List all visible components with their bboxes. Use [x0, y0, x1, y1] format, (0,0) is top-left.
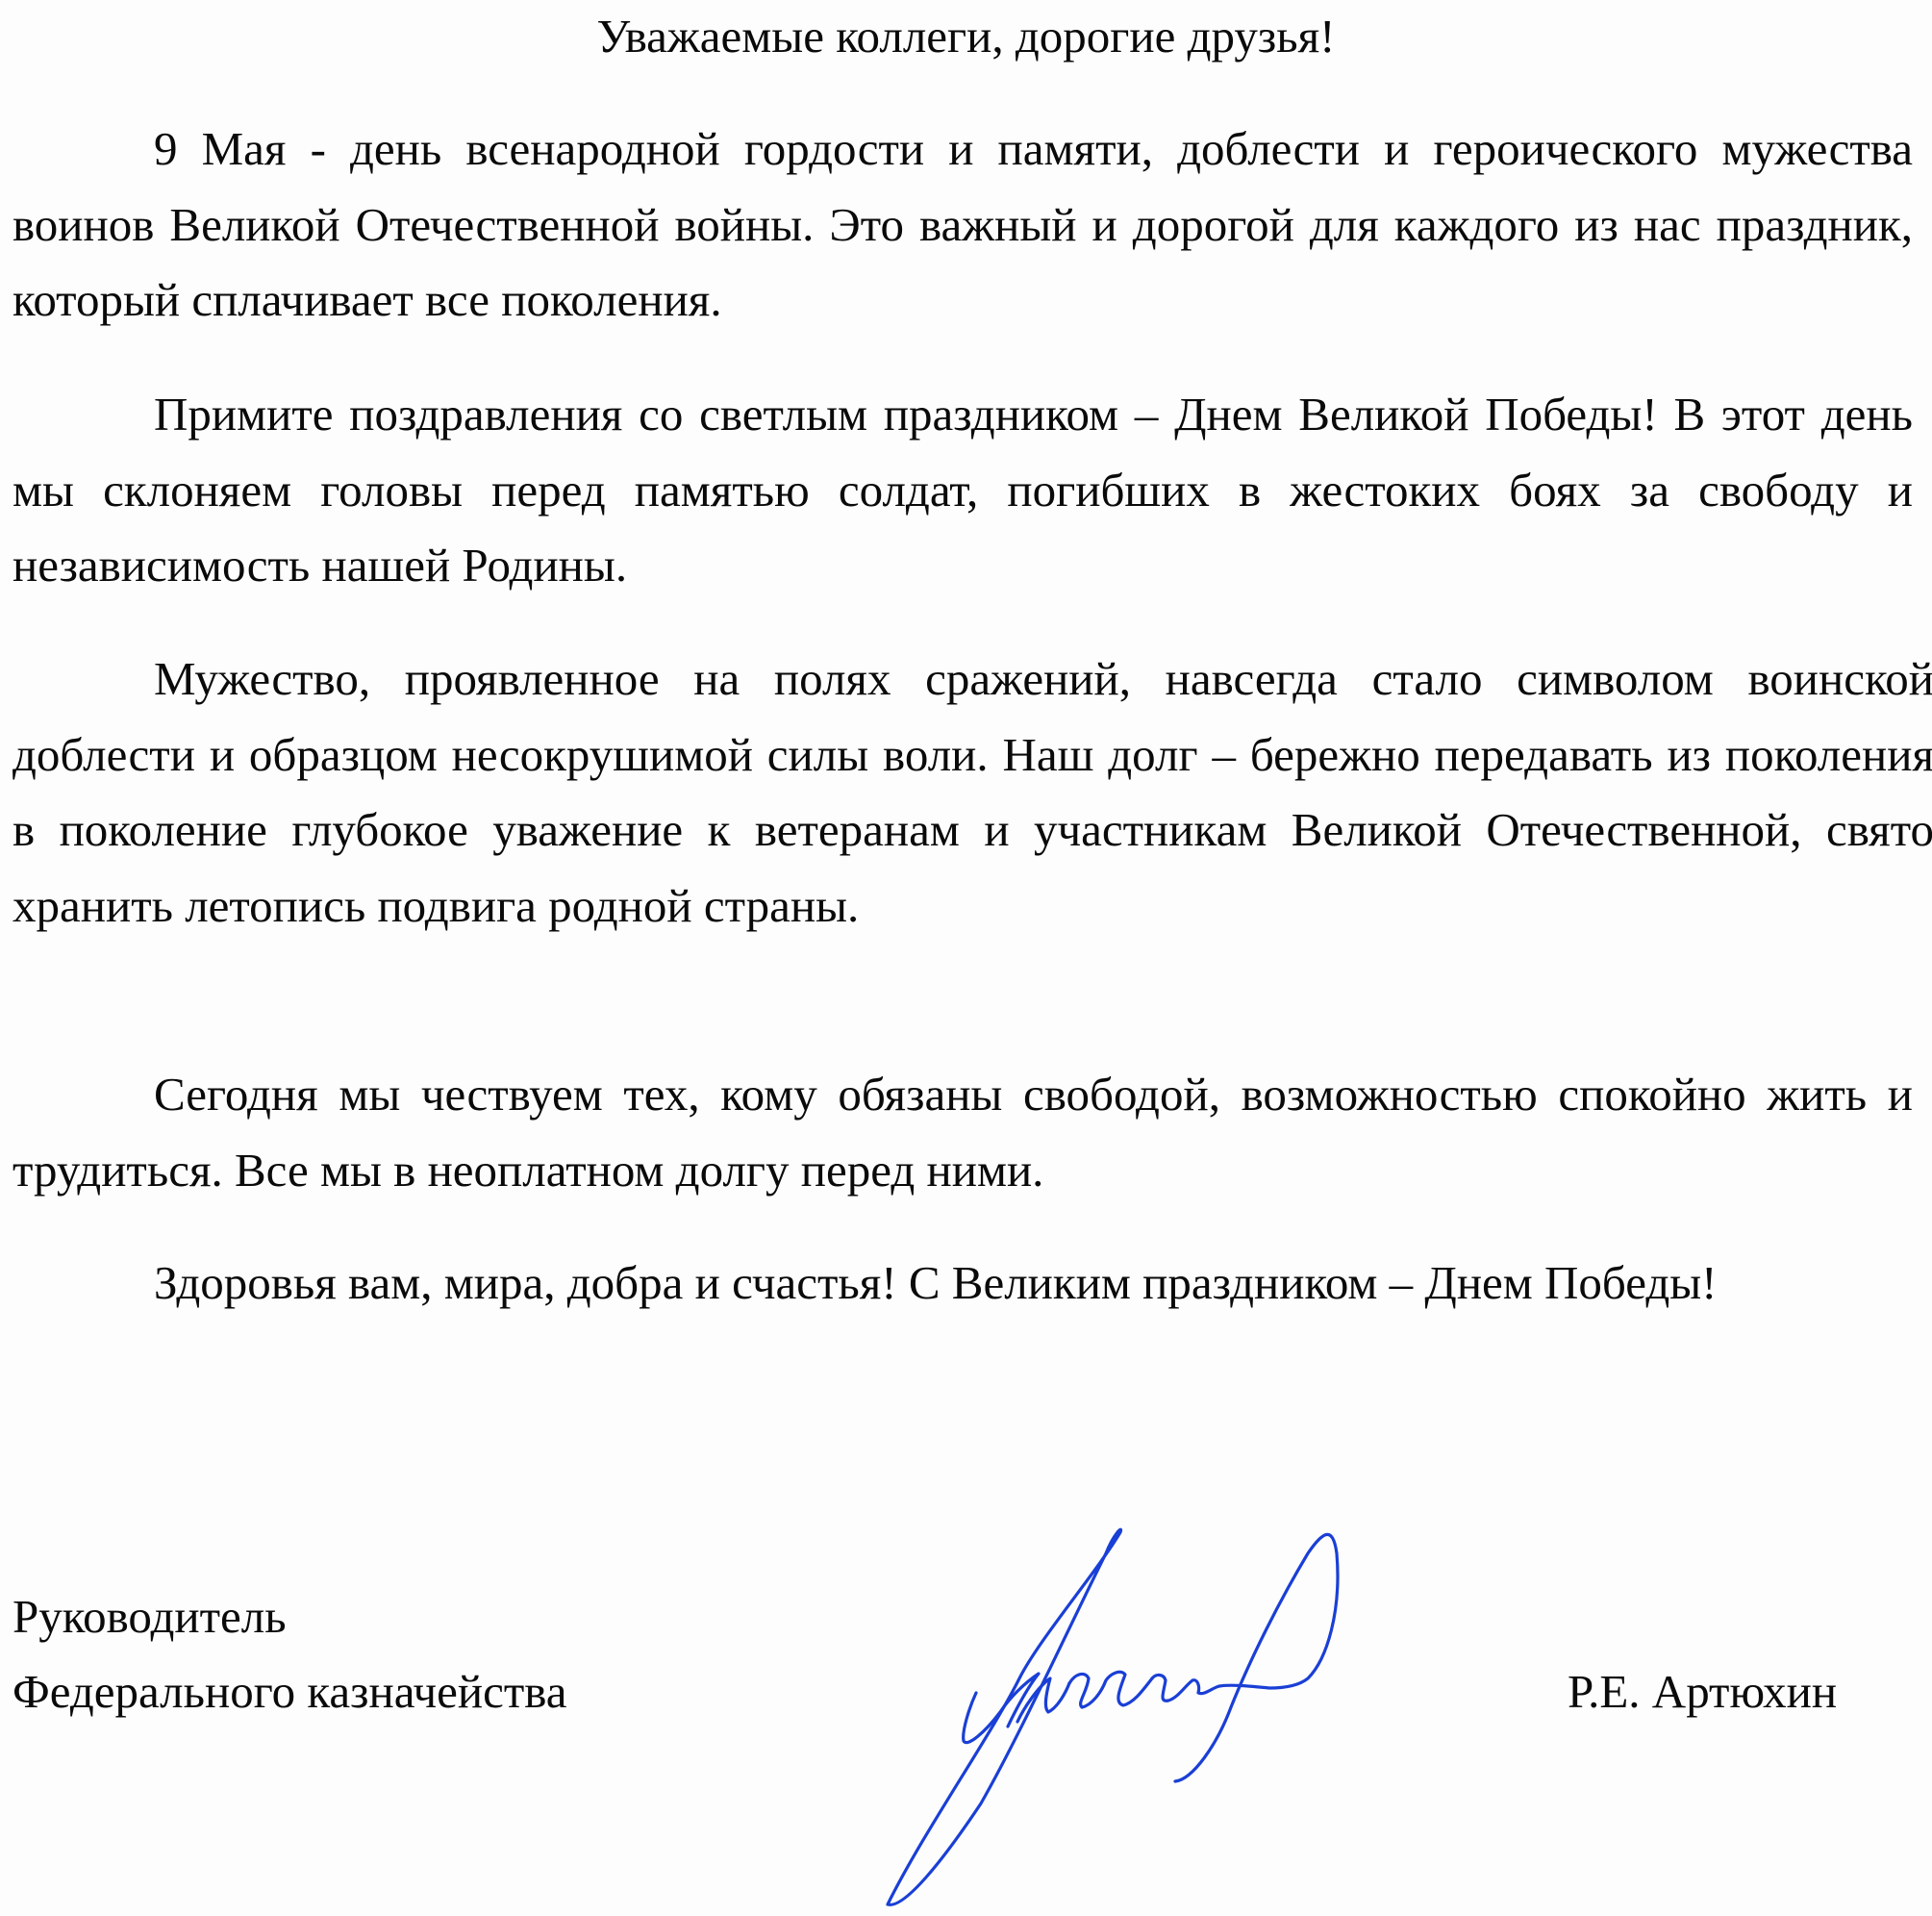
paragraph-honor: Сегодня мы чествуем тех, кому обязаны св…	[13, 1057, 1913, 1208]
paragraph-wishes: Здоровья вам, мира, добра и счастья! С В…	[13, 1246, 1913, 1322]
signer-position: Руководитель Федерального казначейства	[13, 1579, 567, 1729]
position-organization: Федерального казначейства	[13, 1654, 567, 1729]
handwritten-signature-icon	[846, 1515, 1385, 1909]
paragraph-congratulations: Примите поздравления со светлым праздник…	[13, 377, 1913, 604]
paragraph-victory-day: 9 Мая - день всенародной гордости и памя…	[13, 112, 1913, 339]
signer-name: Р.Е. Артюхин	[1568, 1654, 1837, 1729]
paragraph-courage: Мужество, проявленное на полях сражений,…	[13, 642, 1932, 944]
letter-page: Уважаемые коллеги, дорогие друзья! 9 Мая…	[0, 0, 1932, 1916]
position-title: Руководитель	[13, 1579, 567, 1654]
letter-greeting: Уважаемые коллеги, дорогие друзья!	[0, 6, 1932, 67]
